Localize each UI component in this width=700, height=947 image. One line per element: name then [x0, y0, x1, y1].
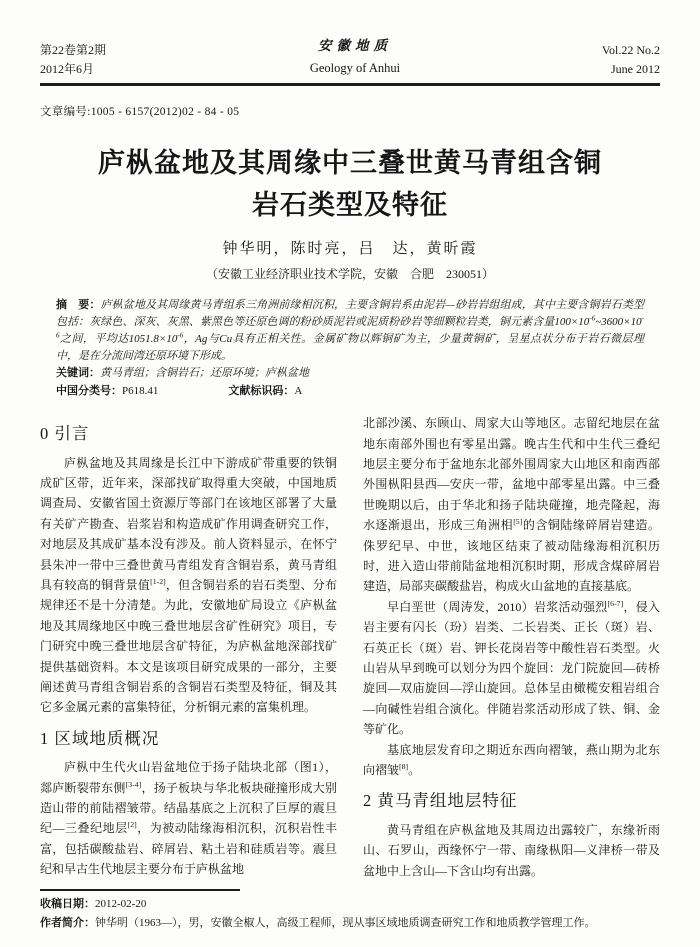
abstract-text: 庐枞盆地及其周缘黄马青组系三角洲前缘相沉积，主要含铜岩系由泥岩—砂岩岩组组成，其… — [56, 299, 644, 362]
abstract-section: 摘 要：庐枞盆地及其周缘黄马青组系三角洲前缘相沉积，主要含铜岩系由泥岩—砂岩岩组… — [40, 297, 660, 400]
right-column: 北部沙溪、东顾山、周家大山等地区。志留纪地层在盆地东南部外围也有零星出露。晚古生… — [363, 413, 660, 881]
body-paragraph-2: 庐枞中生代火山岩盆地位于扬子陆块北部（图1），郯庐断裂带东侧[3-4]，扬子板块… — [40, 757, 337, 879]
classification-line: 中国分类号：P618.41 文献标识码：A — [56, 383, 644, 400]
volume-number-en: Vol.22 No.2 — [550, 41, 660, 60]
clc-label: 中国分类号： — [56, 385, 122, 397]
volume-number-cn: 第22卷第2期 — [40, 41, 160, 60]
clc-item: 中国分类号：P618.41 — [56, 383, 158, 400]
section-heading-0: 0 引言 — [40, 423, 337, 444]
body-columns: 0 引言 庐枞盆地及其周缘是长江中下游成矿带重要的铁铜成矿区带，近年来，深部找矿… — [40, 413, 660, 881]
keywords-line: 关键词：黄马青组；含铜岩石；还原环境；庐枞盆地 — [56, 365, 644, 382]
footnote-block: 收稿日期：2012-02-20 作者简介：钟华明（1963—），男，安徽全椒人，… — [40, 885, 660, 934]
author-bio-text: 钟华明（1963—），男，安徽全椒人，高级工程师，现从事区域地质调查研究工作和地… — [95, 917, 596, 929]
paper-page: 第22卷第2期 2012年6月 安徽地质 Geology of Anhui Vo… — [0, 0, 700, 947]
affiliation-line: （安徽工业经济职业技术学院，安徽 合肥 230051） — [40, 265, 660, 282]
header-issue-info-en: Vol.22 No.2 June 2012 — [550, 41, 660, 78]
author-bio-label: 作者简介： — [40, 917, 95, 929]
abstract-label: 摘 要： — [56, 299, 100, 311]
body-paragraph-3: 北部沙溪、东顾山、周家大山等地区。志留纪地层在盆地东南部外围也有零星出露。晚古生… — [363, 413, 660, 597]
author-bio-line: 作者简介：钟华明（1963—），男，安徽全椒人，高级工程师，现从事区域地质调查研… — [40, 914, 660, 933]
article-title-line1: 庐枞盆地及其周缘中三叠世黄马青组含铜 — [40, 143, 660, 185]
header-issue-info-cn: 第22卷第2期 2012年6月 — [40, 41, 160, 78]
abstract-paragraph: 摘 要：庐枞盆地及其周缘黄马青组系三角洲前缘相沉积，主要含铜岩系由泥岩—砂岩岩组… — [56, 297, 644, 365]
keywords-text: 黄马青组；含铜岩石；还原环境；庐枞盆地 — [100, 367, 309, 379]
article-title-line2: 岩石类型及特征 — [40, 185, 660, 227]
clc-value: P618.41 — [122, 385, 158, 397]
body-paragraph-4: 早白垩世（周涛发，2010）岩浆活动强烈[6-7]，侵入岩主要有闪长（玢）岩类、… — [363, 597, 660, 740]
doc-code-item: 文献标识码：A — [228, 383, 302, 400]
doc-code-value: A — [294, 385, 302, 397]
footnote-divider — [40, 889, 240, 891]
article-number: 文章编号:1005 - 6157(2012)02 - 84 - 05 — [40, 103, 660, 119]
left-column: 0 引言 庐枞盆地及其周缘是长江中下游成矿带重要的铁铜成矿区带，近年来，深部找矿… — [40, 413, 337, 881]
keywords-label: 关键词： — [56, 367, 100, 379]
section-heading-1: 1 区域地质概况 — [40, 728, 337, 749]
received-date-label: 收稿日期： — [40, 898, 95, 910]
body-paragraph-6: 黄马青组在庐枞盆地及其周边出露较广，东缘祈雨山、石罗山，西缘怀宁一带、南缘枞阳—… — [363, 820, 660, 881]
received-date-line: 收稿日期：2012-02-20 — [40, 895, 660, 914]
issue-date-en: June 2012 — [550, 60, 660, 79]
journal-title-cn: 安徽地质 — [310, 36, 400, 57]
doc-code-label: 文献标识码： — [228, 385, 294, 397]
authors-line: 钟华明，陈时亮，吕 达，黄昕霞 — [40, 237, 660, 258]
section-heading-2: 2 黄马青组地层特征 — [363, 790, 660, 811]
body-paragraph-5: 基底地层发育印之期近东西向褶皱，燕山期为北东向褶皱[8]。 — [363, 740, 660, 781]
journal-title-block: 安徽地质 Geology of Anhui — [310, 36, 400, 78]
issue-date-cn: 2012年6月 — [40, 60, 160, 79]
body-paragraph-1: 庐枞盆地及其周缘是长江中下游成矿带重要的铁铜成矿区带，近年来，深部找矿取得重大突… — [40, 453, 337, 718]
article-title: 庐枞盆地及其周缘中三叠世黄马青组含铜 岩石类型及特征 — [40, 143, 660, 227]
journal-title-en: Geology of Anhui — [310, 59, 400, 78]
received-date-value: 2012-02-20 — [95, 898, 146, 910]
journal-header: 第22卷第2期 2012年6月 安徽地质 Geology of Anhui Vo… — [40, 36, 660, 86]
